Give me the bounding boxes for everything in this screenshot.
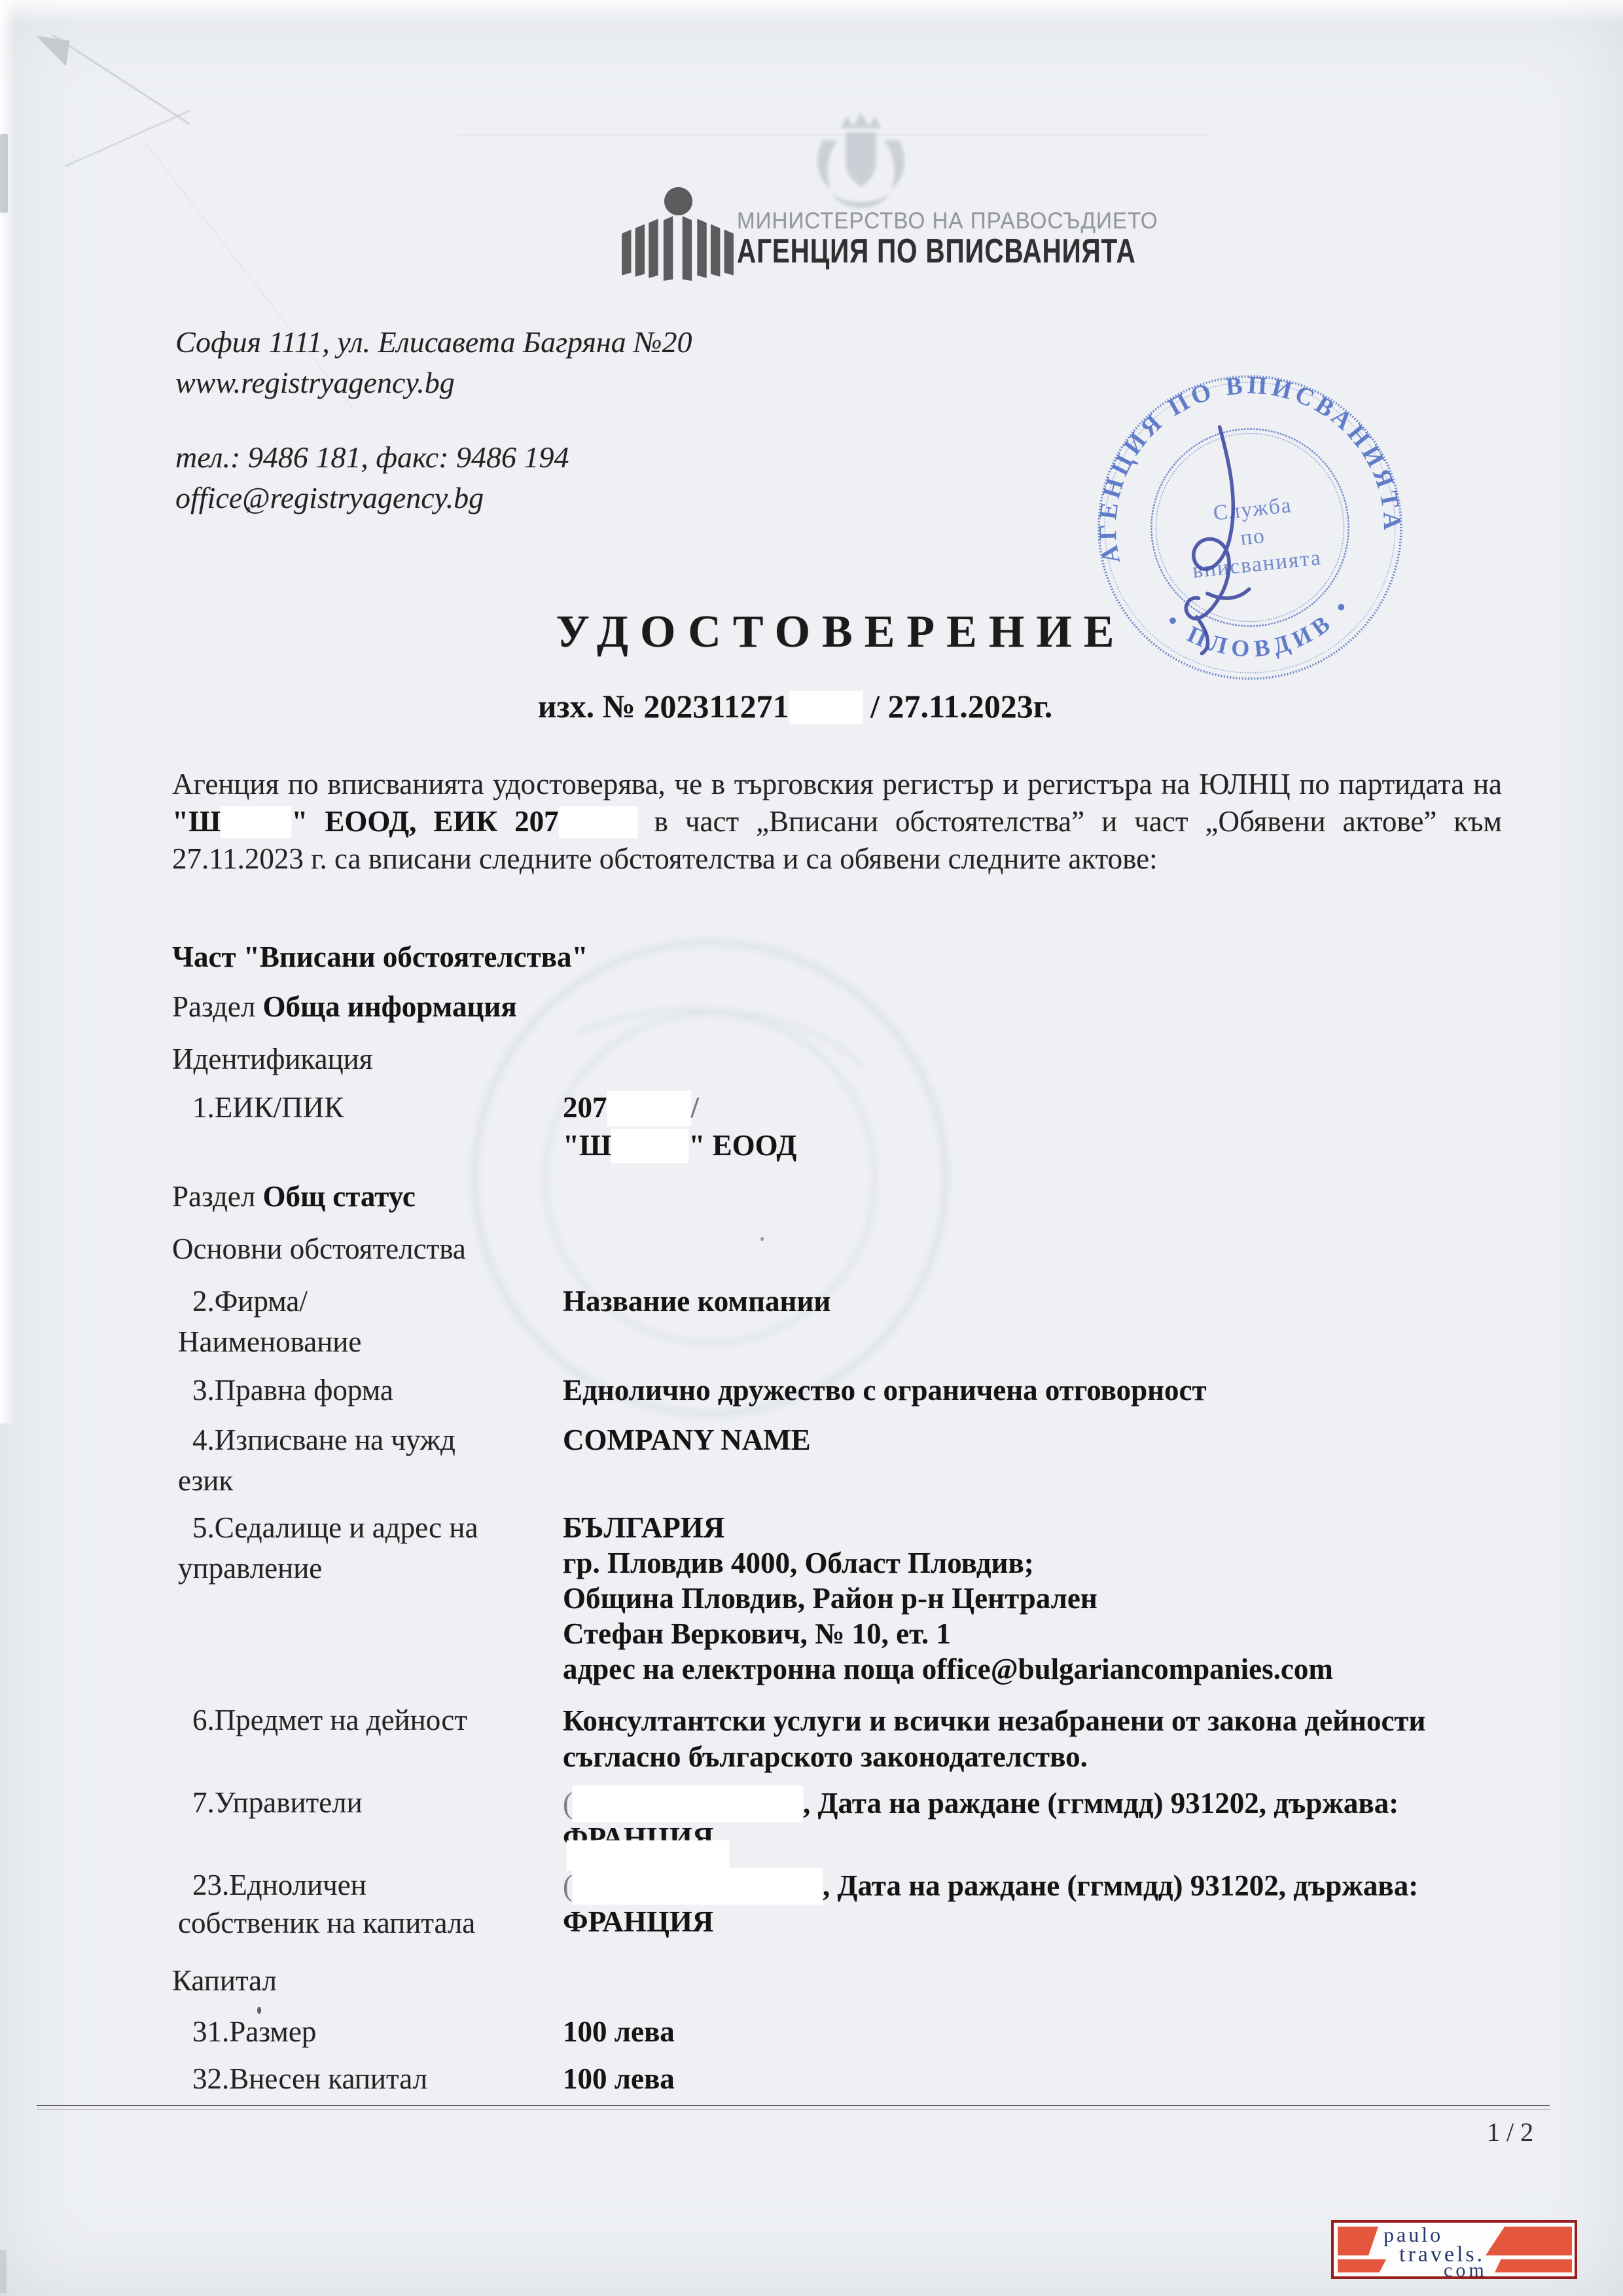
row-eik-label: 1.ЕИК/ПИК bbox=[192, 1090, 344, 1124]
stray-scan-mark: ’ bbox=[245, 503, 252, 528]
row-foreign-value: COMPANY NAME bbox=[563, 1423, 811, 1457]
row-foreign-label-line2: език bbox=[178, 1463, 233, 1498]
razdel-word: Раздел bbox=[172, 1180, 263, 1213]
birthdate-country-text: , Дата на раждане (ггммдд) 931202, държа… bbox=[823, 1869, 1418, 1902]
row-owner-value-line1: (, Дата на раждане (ггммдд) 931202, държ… bbox=[563, 1868, 1418, 1905]
row-eik-value-line1: 207/ bbox=[563, 1090, 699, 1126]
row-owner-label-line2: собственик на капитала bbox=[178, 1906, 475, 1940]
kapital-heading: Капитал bbox=[172, 1964, 277, 1998]
logo-shape-left-big bbox=[1338, 2227, 1378, 2255]
stamp-inner-line3: вписванията bbox=[1191, 545, 1323, 583]
row-firma-label-line1: 2.Фирма/ bbox=[192, 1284, 308, 1318]
redaction-box bbox=[573, 1868, 823, 1905]
row-seat-label-line2: управление bbox=[178, 1551, 322, 1585]
row-seat-values: БЪЛГАРИЯ гр. Пловдив 4000, Област Пловди… bbox=[563, 1511, 1333, 1687]
ref-date: / 27.11.2023г. bbox=[863, 688, 1053, 725]
stamp-inner-line1: Служба bbox=[1212, 493, 1293, 525]
identification-heading: Идентификация bbox=[172, 1042, 372, 1076]
ref-prefix: изх. № 202311271 bbox=[538, 688, 789, 725]
crease-line bbox=[52, 34, 190, 125]
logo-text-com: com bbox=[1444, 2259, 1488, 2282]
row-paid-label: 32.Внесен капитал bbox=[192, 2062, 427, 2096]
page-number: 1 / 2 bbox=[1487, 2117, 1533, 2147]
company-eik: " ЕООД, ЕИК 207 bbox=[291, 805, 558, 838]
row-size-label: 31.Размер bbox=[192, 2015, 316, 2049]
bleedthrough-watermark bbox=[458, 916, 982, 1453]
intro-text: Агенция по вписванията удостоверява, че … bbox=[172, 768, 1502, 800]
registry-agency-logo-icon bbox=[620, 183, 735, 288]
paulo-travels-logo: paulo travels. com bbox=[1331, 2220, 1577, 2279]
scan-speck bbox=[257, 2007, 261, 2014]
row-paid-value: 100 лева bbox=[563, 2062, 675, 2096]
redaction-box bbox=[221, 806, 291, 838]
ref-number-line: изх. № 202311271 / 27.11.2023г. bbox=[452, 687, 1139, 725]
row-firma-value: Название компании bbox=[563, 1284, 830, 1318]
section-status: Раздел Общ статус bbox=[172, 1179, 416, 1213]
website-line: www.registryagency.bg bbox=[175, 363, 692, 403]
row-seat-label-line1: 5.Седалище и адрес на bbox=[192, 1511, 478, 1545]
row-managers-value-line1: (, Дата на раждане (ггммдд) 931202, държ… bbox=[563, 1785, 1399, 1822]
address-line: София 1111, ул. Елисавета Багряна №20 bbox=[175, 322, 692, 363]
redaction-box bbox=[789, 691, 863, 724]
birthdate-country-text: , Дата на раждане (ггммдд) 931202, държа… bbox=[803, 1787, 1399, 1820]
row-scope-label: 6.Предмет на дейност bbox=[192, 1703, 467, 1737]
edge-mark bbox=[0, 2250, 7, 2293]
paren-mark: ( bbox=[563, 1787, 573, 1820]
row-legal-value: Еднолично дружество с ограничена отговор… bbox=[563, 1373, 1207, 1407]
email-line: office@registryagency.bg bbox=[175, 478, 569, 518]
scan-edge-top bbox=[0, 0, 1623, 25]
company-legal-suffix: " ЕООД bbox=[688, 1129, 796, 1162]
section-name: Обща информация bbox=[263, 990, 517, 1023]
intro-paragraph: Агенция по вписванията удостоверява, че … bbox=[172, 766, 1502, 878]
seat-city: гр. Пловдив 4000, Област Пловдив; bbox=[563, 1546, 1333, 1581]
redaction-box bbox=[611, 1129, 688, 1163]
osnovni-heading: Основни обстоятелства bbox=[172, 1232, 466, 1266]
paren-mark: ( bbox=[563, 1869, 573, 1902]
row-size-value: 100 лева bbox=[563, 2015, 675, 2049]
part-title: Част "Вписани обстоятелства" bbox=[172, 940, 588, 974]
section-name: Общ статус bbox=[263, 1180, 416, 1213]
eik-digits: 207 bbox=[563, 1091, 607, 1124]
document-title: УДОСТОВЕРЕНИЕ bbox=[510, 606, 1171, 658]
razdel-word: Раздел bbox=[172, 990, 263, 1023]
corner-fold-mark bbox=[32, 36, 69, 67]
eik-slash: / bbox=[691, 1091, 700, 1124]
ministry-title: МИНИСТЕРСТВО НА ПРАВОСЪДИЕТО bbox=[737, 208, 1158, 234]
row-scope-value: Консултантски услуги и всички незабранен… bbox=[563, 1703, 1518, 1775]
logo-shape-left-small bbox=[1338, 2259, 1386, 2272]
row-foreign-label-line1: 4.Изписване на чужд bbox=[192, 1423, 455, 1457]
row-managers-label: 7.Управители bbox=[192, 1785, 363, 1820]
seat-country: БЪЛГАРИЯ bbox=[563, 1511, 1333, 1546]
phone-fax-line: тел.: 9486 181, факс: 9486 194 bbox=[175, 437, 569, 478]
edge-mark bbox=[0, 134, 8, 213]
seat-municipality: Община Пловдив, Район р-н Централен bbox=[563, 1581, 1333, 1617]
scan-edge-left bbox=[0, 0, 16, 1424]
footer-divider bbox=[37, 2105, 1550, 2109]
company-short-name: "Ш bbox=[563, 1129, 611, 1162]
row-firma-label-line2: Наименование bbox=[178, 1325, 361, 1359]
crease-line bbox=[64, 109, 190, 167]
agency-contact-block: тел.: 9486 181, факс: 9486 194 office@re… bbox=[175, 437, 569, 518]
seat-email: адрес на електронна поща office@bulgaria… bbox=[563, 1652, 1333, 1687]
seat-street: Стефан Веркович, № 10, ет. 1 bbox=[563, 1617, 1333, 1652]
company-short-name: "Ш bbox=[172, 805, 221, 838]
coat-of-arms-watermark bbox=[810, 110, 912, 221]
agency-address-block: София 1111, ул. Елисавета Багряна №20 ww… bbox=[175, 322, 692, 403]
redaction-box bbox=[559, 806, 637, 838]
redaction-box bbox=[607, 1091, 691, 1126]
redaction-box bbox=[567, 1840, 729, 1871]
logo-shape-right-small bbox=[1495, 2259, 1572, 2272]
redaction-box bbox=[573, 1785, 803, 1822]
logo-shape-right-big bbox=[1486, 2227, 1572, 2255]
section-general-info: Раздел Обща информация bbox=[172, 990, 517, 1024]
scanned-certificate-page: МИНИСТЕРСТВО НА ПРАВОСЪДИЕТО АГЕНЦИЯ ПО … bbox=[0, 0, 1623, 2296]
row-owner-label-line1: 23.Едноличен bbox=[192, 1868, 366, 1902]
agency-title: АГЕНЦИЯ ПО ВПИСВАНИЯТА bbox=[737, 232, 1136, 271]
row-eik-value-line2: "Ш" ЕООД bbox=[563, 1128, 796, 1163]
row-legal-label: 3.Правна форма bbox=[192, 1373, 393, 1407]
stamp-inner-line2: по bbox=[1240, 524, 1267, 550]
row-owner-country: ФРАНЦИЯ bbox=[563, 1905, 713, 1939]
